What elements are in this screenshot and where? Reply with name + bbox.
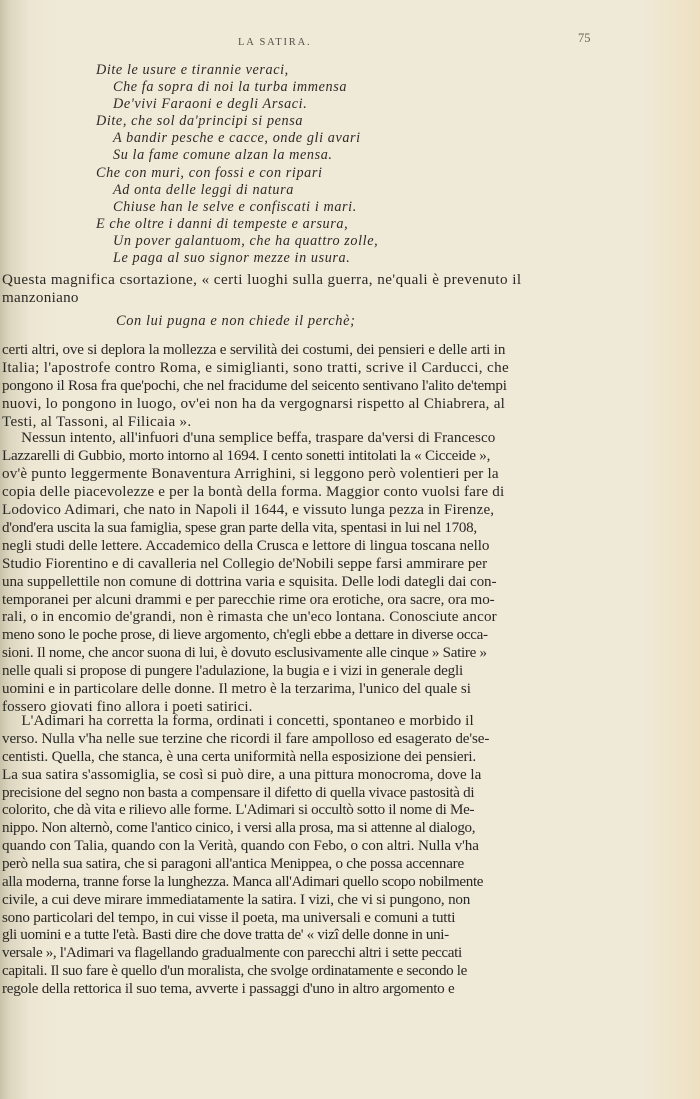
prose-line: uomini e in particolare delle donne. Il …: [2, 681, 471, 698]
prose-line: capitali. Il suo fare è quello d'un mora…: [2, 963, 467, 980]
verse-line: Le paga al suo signor mezze in usura.: [96, 250, 378, 267]
prose-line: rali, o in encomio de'grandi, non è rima…: [2, 609, 497, 626]
prose-line: nelle quali si propose di pungere l'adul…: [2, 663, 463, 680]
prose-line: verso. Nulla v'ha nelle sue terzine che …: [2, 731, 489, 748]
verse-line: Dite le usure e tirannie veraci,: [96, 62, 378, 79]
prose-line: quando con Talia, quando con la Verità, …: [2, 838, 479, 855]
prose-line: una suppellettile non comune di dottrina…: [2, 574, 496, 591]
verse-line: Ad onta delle leggi di natura: [96, 182, 378, 199]
prose-line: Lodovico Adimari, che nato in Napoli il …: [2, 502, 494, 519]
prose-line: versale », l'Adimari va flagellando grad…: [2, 945, 462, 962]
prose-line: Nessun intento, all'infuori d'una sempli…: [2, 430, 495, 447]
verse-line: Un pover galantuom, che ha quattro zolle…: [96, 233, 378, 250]
verse-line: A bandir pesche e cacce, onde gli avari: [96, 130, 378, 147]
prose-line: d'ond'era uscita la sua famiglia, spese …: [2, 520, 477, 537]
prose-line: manzoniano: [2, 290, 79, 307]
prose-line: meno sono le poche prose, di lieve argom…: [2, 627, 488, 644]
page-number: 75: [578, 31, 591, 46]
prose-line: sioni. Il nome, che ancor suona di lui, …: [2, 645, 487, 662]
quoted-verse: Con lui pugna e non chiede il perchè;: [116, 313, 355, 330]
prose-line: civile, a cui deve mirare immediatamente…: [2, 892, 470, 909]
prose-line: pongono il Rosa fra que'pochi, che nel f…: [2, 378, 507, 395]
prose-line: nuovi, lo pongono in luogo, ov'ei non ha…: [2, 396, 505, 413]
prose-line: sono particolari del tempo, in cui visse…: [2, 910, 455, 927]
prose-line: Italia; l'apostrofe contro Roma, e simig…: [2, 360, 509, 377]
prose-line: copia delle piacevolezze e per la bontà …: [2, 484, 504, 501]
prose-line: però nella sua satira, che si paragoni a…: [2, 856, 464, 873]
prose-line: Questa magnifica csortazione, « certi lu…: [2, 272, 522, 289]
verse-block: Dite le usure e tirannie veraci, Che fa …: [96, 62, 378, 267]
prose-line: Studio Fiorentino e di cavalleria nel Co…: [2, 556, 487, 573]
book-page: LA SATIRA. 75 Dite le usure e tirannie v…: [0, 0, 700, 1099]
prose-line: L'Adimari ha corretta la forma, ordinati…: [2, 713, 474, 730]
prose-line: nippo. Non alternò, come l'antico cinico…: [2, 820, 475, 837]
verse-line: Dite, che sol da'principi si pensa: [96, 113, 378, 130]
verse-line: Che fa sopra di noi la turba immensa: [96, 79, 378, 96]
prose-line: certi altri, ove si deplora la mollezza …: [2, 342, 505, 359]
verse-line: E che oltre i danni di tempeste e arsura…: [96, 216, 378, 233]
prose-line: Testi, al Tassoni, al Filicaia ».: [2, 414, 191, 431]
prose-line: La sua satira s'assomiglia, se così si p…: [2, 767, 481, 784]
prose-line: colorito, che dà vita e rilievo alle for…: [2, 802, 474, 819]
prose-line: ov'è punto leggermente Bonaventura Arrig…: [2, 466, 499, 483]
verse-line: De'vivi Faraoni e degli Arsaci.: [96, 96, 378, 113]
prose-line: temporanei per alcuni drammi e per parec…: [2, 592, 495, 609]
verse-line: Su la fame comune alzan la mensa.: [96, 147, 378, 164]
prose-line: negli studi delle lettere. Accademico de…: [2, 538, 489, 555]
prose-line: precisione del segno non basta a compens…: [2, 785, 474, 802]
verse-line: Che con muri, con fossi e con ripari: [96, 165, 378, 182]
prose-line: gli uomini e a tutte l'età. Basti dire c…: [2, 927, 449, 944]
prose-line: centisti. Quella, che stanca, è una cert…: [2, 749, 476, 766]
prose-line: alla moderna, tranne forse la lunghezza.…: [2, 874, 483, 891]
running-head: LA SATIRA.: [238, 37, 311, 48]
verse-line: Chiuse han le selve e confiscati i mari.: [96, 199, 378, 216]
prose-line: regole della rettorica il suo tema, avve…: [2, 981, 454, 998]
prose-line: Lazzarelli di Gubbio, morto intorno al 1…: [2, 448, 490, 465]
